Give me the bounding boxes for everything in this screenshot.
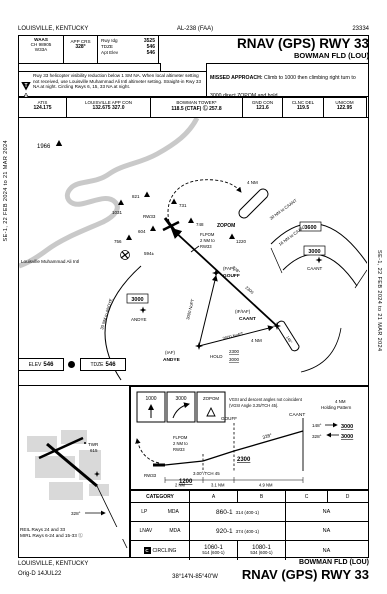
comm-freq: 122.95 xyxy=(324,105,366,111)
notes-box: T A Rwy 33 helicopter visibility reducti… xyxy=(18,71,208,97)
profile-flpom-1: FLPOM xyxy=(173,435,188,440)
footer-city: LOUISVILLE, KENTUCKY xyxy=(18,561,88,567)
obstacle-icon xyxy=(56,140,62,146)
obstacle-label: 821 xyxy=(132,194,140,199)
zopom-hold-length: 4 NM xyxy=(247,180,258,185)
leg-andye-gouff xyxy=(199,276,216,346)
missed-approach-label: MISSED APPROACH: xyxy=(210,75,263,81)
tdze-box: TDZE 546 xyxy=(80,358,126,371)
waas-id: W33A xyxy=(19,47,63,52)
field-elev-box: ELEV 546 xyxy=(18,358,64,371)
missed-turn-alt: 3000 xyxy=(175,396,186,402)
lighting-notes: REIL Rwys 24 and 33 MIRL Rwys 6-24 and 1… xyxy=(20,527,128,539)
lp-minima-value: 860-1 xyxy=(216,509,233,516)
zopom-label: ZOPOM xyxy=(217,223,235,229)
footer-title: RNAV (GPS) RWY 33 xyxy=(149,567,369,582)
rwy-data-box: Rwy Idg3525 TDZE546 Apt Elev546 xyxy=(97,35,159,64)
louisville-intl-icon xyxy=(121,251,130,260)
glideslope-note: 3.00°/TCH 45 xyxy=(193,471,220,476)
obstacle-label: 748 xyxy=(196,222,204,227)
right-margin-effectivity: SE-1, 22 FEB 2024 to 21 MAR 2024 xyxy=(376,250,382,351)
chart-id: 23334 xyxy=(352,26,369,32)
nopt-label: 3000 NoPT xyxy=(222,331,244,341)
taa-inner-alt: 3000 xyxy=(308,249,320,255)
obstacle-icon xyxy=(126,235,132,241)
app-crs-box: APP CRS 328° xyxy=(63,35,99,64)
beacon-icon xyxy=(68,361,75,368)
footer-airport: BOWMAN FLD (LOU) xyxy=(169,559,369,566)
obstacle-icon xyxy=(150,226,156,232)
comm-unicom: UNICOM 122.95 xyxy=(323,97,367,118)
plan-view-svg: 1966 821 1031 731 748 604 756 594± 1220 … xyxy=(19,118,367,384)
obstacle-icon xyxy=(171,199,177,205)
circling-b-hat: 534 (600-1) xyxy=(250,551,272,556)
taa-16nm-label: 16 NM to CAANT xyxy=(278,223,307,246)
briefing-strip: WAAS CH 98905 W33A APP CRS 328° Rwy Idg3… xyxy=(18,35,159,64)
hold-note-alt2: 3000 xyxy=(229,357,240,362)
taa-ref-fix-icon xyxy=(316,257,323,264)
louisville-intl-label: Louisville Muhammad Ali Intl xyxy=(21,259,79,264)
mirl-note: MIRL Rwys 6-24 and 15-33 Ⓛ xyxy=(20,533,128,539)
comm-clnc: CLNC DEL 119.5 xyxy=(282,97,324,118)
flpom-label3: RW33 xyxy=(200,244,212,249)
flpom-label2: 2 NM to xyxy=(200,238,215,243)
lp-minima-hat: 314 (400-1) xyxy=(236,510,259,515)
tdze-sketch-label: TDZE xyxy=(90,362,103,368)
lnav-minima-na: NA xyxy=(285,522,367,540)
apt-elev-label: Apt Elev xyxy=(101,50,118,56)
minima-lp-row: LP MDA 860-1 314 (400-1) NA xyxy=(131,502,368,521)
procedure-title: RNAV (GPS) RWY 33 xyxy=(169,36,369,51)
descent-segment-2 xyxy=(203,451,234,461)
taa-left-arc-label: 30 NM to ANDYE xyxy=(99,298,113,331)
lp-minima-na: NA xyxy=(285,503,367,521)
lnav-mda-label: MDA xyxy=(169,528,180,534)
obstacle-icon xyxy=(118,200,124,206)
waas-box: WAAS CH 98905 W33A xyxy=(18,35,64,64)
taa-left-ref-label: ANDYE xyxy=(131,317,147,322)
taa-ref-label: CAANT xyxy=(307,266,323,271)
lnav-minima-hat: 374 (400-1) xyxy=(236,529,259,534)
lnav-minima-value: 920-1 xyxy=(216,528,233,535)
gouff-altitude: 2300 xyxy=(237,457,251,463)
vgsi-note-1: VGSI and descent angles not coincident xyxy=(229,397,303,402)
comm-freq: 132.675 327.0 xyxy=(67,105,151,111)
al-number: AL-238 (FAA) xyxy=(140,26,250,32)
andye-label: ANDYE xyxy=(163,357,181,363)
taa-left-alt: 3000 xyxy=(131,297,143,303)
obstacle-label: 604 xyxy=(138,229,146,234)
hold-length-label: 4 NM xyxy=(335,399,346,404)
taa-sector-edge xyxy=(355,270,367,288)
circling-na: NA xyxy=(285,541,367,560)
minima-lnav-row: LNAV MDA 920-1 374 (400-1) NA xyxy=(131,521,368,540)
caant-label: CAANT xyxy=(239,316,256,322)
minima-table: CATEGORY A B C D LP MDA 860-1 314 (400-1… xyxy=(130,490,369,558)
hold-note-label: HOLD xyxy=(210,354,223,359)
obstacle-icon xyxy=(188,218,194,224)
apt-elev-value: 546 xyxy=(147,50,155,56)
profile-rw33-label: RW33 xyxy=(144,473,157,478)
profile-course: 328° xyxy=(262,432,273,439)
taa-30nm-label: 30 NM to CAANT xyxy=(269,197,298,220)
comm-atis: ATIS 124.175 xyxy=(18,97,67,118)
hold-note-alt1: 2300 xyxy=(229,349,240,354)
obstacle-icon xyxy=(144,192,150,198)
obstacle-label: 1031 xyxy=(112,210,123,215)
distance-label-1: 2 NM xyxy=(175,483,186,488)
profile-caant-label: CAANT xyxy=(289,412,305,418)
obstacle-label: 1966 xyxy=(37,144,51,150)
profile-gouff-label: GOUFF xyxy=(221,416,237,421)
comm-freq: 118.5 (CTAF) Ⓛ 257.8 xyxy=(151,105,242,112)
obstacle-label: 1220 xyxy=(236,239,247,244)
profile-svg: 1000 3000 ZOPOM VGSI and descent angles … xyxy=(131,387,367,488)
hold-pattern-label: Holding Pattern xyxy=(321,405,352,410)
comm-freq: 124.175 xyxy=(19,105,66,111)
circling-a-hat: 514 (600-1) xyxy=(202,551,224,556)
missed-fix-name: ZOPOM xyxy=(203,396,219,401)
minima-header-d: D xyxy=(327,491,367,502)
missed-climb-alt: 1000 xyxy=(145,396,156,402)
circling-label: CIRCLING xyxy=(153,548,177,554)
profile-flpom-2: 2 NM to xyxy=(173,441,188,446)
lnav-label: LNAV xyxy=(140,528,153,534)
plan-view: 1966 821 1031 731 748 604 756 594± 1220 … xyxy=(18,117,369,386)
comm-tower: BOWMAN TOWER* 118.5 (CTAF) Ⓛ 257.8 xyxy=(150,97,243,118)
left-margin-effectivity: SE-1, 22 FEB 2024 to 21 MAR 2024 xyxy=(3,140,9,241)
comm-appcon: LOUISVILLE APP CON 132.675 327.0 xyxy=(66,97,152,118)
distance-label-3: 4.9 NM xyxy=(259,483,273,488)
nopt-label: 3000 NoPT xyxy=(185,298,195,320)
hold-outbound-course: 328° xyxy=(312,434,322,439)
minima-circling-row: C CIRCLING 1060-1 514 (600-1) 1080-1 534… xyxy=(131,540,368,560)
comm-freq: 119.5 xyxy=(283,105,323,111)
caant-hold-length: 4 NM xyxy=(251,338,262,343)
comm-freq: 121.6 xyxy=(243,105,283,111)
minima-header-a: A xyxy=(189,491,237,502)
tdze-sketch-value: 546 xyxy=(106,362,116,368)
procedure-notes: Rwy 33 helicopter visibility reduction b… xyxy=(33,73,205,90)
tower-elev: 615 xyxy=(90,448,98,453)
lp-mda-label: MDA xyxy=(168,509,179,515)
sketch-course-label: 328° xyxy=(71,511,81,516)
top-margin-city: LOUISVILLE, KENTUCKY xyxy=(18,26,88,32)
runway-waypoint-label: RW33 xyxy=(143,214,156,219)
approach-plate: LOUISVILLE, KENTUCKY AL-238 (FAA) 23334 … xyxy=(0,0,387,594)
taa-sector-edge xyxy=(271,248,282,273)
app-crs-value: 328° xyxy=(64,44,98,50)
obstacle-icon xyxy=(229,234,235,240)
river xyxy=(19,118,197,266)
minima-header-category: CATEGORY xyxy=(131,491,189,502)
tower-dot xyxy=(84,442,86,444)
elev-label: ELEV xyxy=(29,362,42,368)
elev-value: 546 xyxy=(43,362,53,368)
hold-triangle-icon xyxy=(207,408,215,416)
obstacle-label: 594± xyxy=(144,251,155,256)
profile-view: 1000 3000 ZOPOM VGSI and descent angles … xyxy=(130,386,369,490)
lp-label: LP xyxy=(141,509,147,515)
gouff-fix-icon xyxy=(212,269,220,277)
minima-header-c: C xyxy=(285,491,327,502)
andye-role: (IAF) xyxy=(165,350,175,355)
runway-6-24 xyxy=(163,222,179,230)
hold-inbound-course: 148° xyxy=(312,423,322,428)
taa-base-arc xyxy=(301,328,341,372)
footer-amendment: Orig-D 14JUL22 xyxy=(18,571,61,577)
vgsi-note-2: (VGSI Angle 3.25/TCH 45). xyxy=(229,403,278,408)
minima-header-b: B xyxy=(237,491,285,502)
comm-ground: GND CON 121.6 xyxy=(242,97,284,118)
leg-altitude: 2300 xyxy=(244,285,255,295)
missed-approach-track xyxy=(168,180,241,222)
missed-approach-box: MISSED APPROACH: Climb to 1000 then clim… xyxy=(206,63,369,97)
caant-hold-course: 148° xyxy=(285,335,293,344)
flpom-label: FLPOM xyxy=(200,232,215,237)
caant-role: (IF/IAF) xyxy=(235,309,251,314)
airport-title: BOWMAN FLD (LOU) xyxy=(169,51,369,60)
taa-left-ref-icon xyxy=(140,307,147,314)
level-segment xyxy=(165,461,203,465)
comms-row: ATIS 124.175 LOUISVILLE APP CON 132.675 … xyxy=(18,97,367,118)
minima-header-row: CATEGORY A B C D xyxy=(131,491,368,502)
hold-alt-1: 3000 xyxy=(341,424,353,430)
circling-icon: C xyxy=(144,547,151,554)
zopom-hold xyxy=(239,189,268,218)
turn-arrow-icon xyxy=(173,404,189,418)
obstacle-label: 756 xyxy=(114,239,122,244)
tower-label: TWR xyxy=(88,442,99,447)
obstacle-label: 731 xyxy=(179,203,187,208)
distance-label-2: 3.1 NM xyxy=(211,483,225,488)
profile-missed-path xyxy=(137,439,159,463)
city-area xyxy=(27,430,109,500)
hold-alt-2: 3000 xyxy=(341,434,353,440)
profile-flpom-3: RW33 xyxy=(173,447,185,452)
